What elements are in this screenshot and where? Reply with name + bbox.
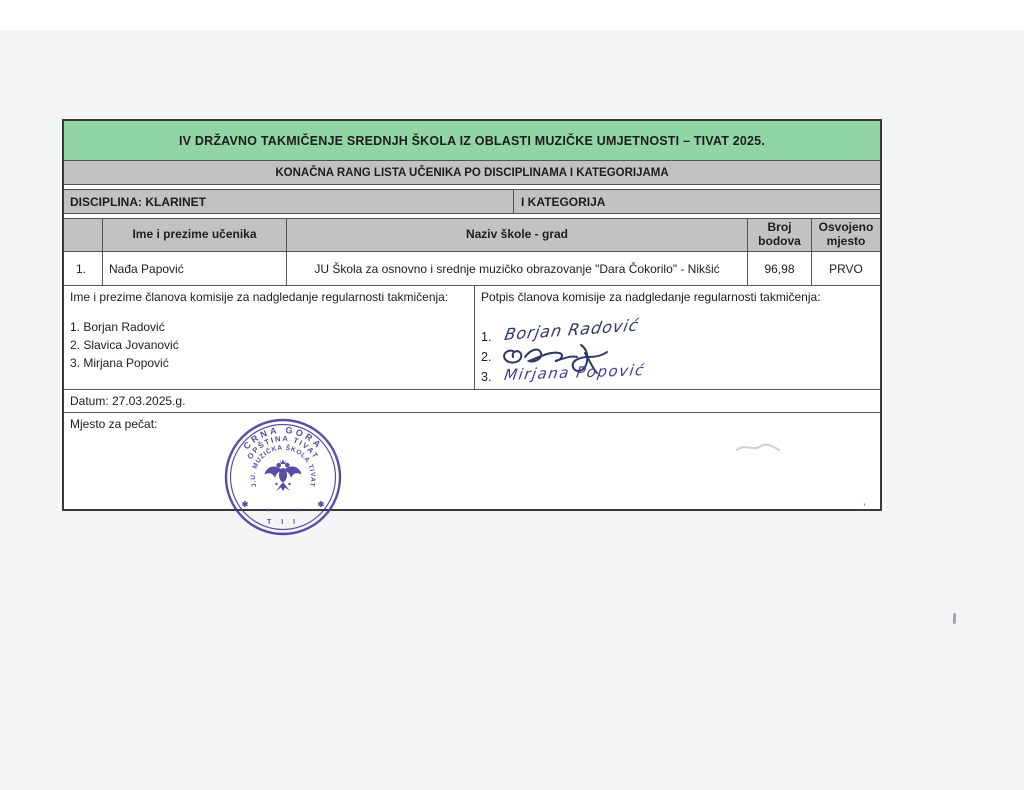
commission-names-label: Ime i prezime članova komisije za nadgle… (70, 290, 456, 305)
stamp-place-label: Mjesto za pečat: (70, 417, 157, 431)
commission-signatures-label: Potpis članova komisije za nadgledanje r… (481, 290, 874, 304)
scan-artifact-apostrophe: ’ (863, 501, 866, 515)
category-cell: I KATEGORIJA (513, 190, 880, 213)
scan-white-strip (0, 0, 1024, 30)
signature-line-3: 3. Mirjana Popović (481, 364, 649, 384)
signature-3-handwriting: Mirjana Popović (503, 361, 646, 384)
commission-member: 3. Mirjana Popović (70, 354, 468, 372)
discipline-cell: DISCIPLINA: KLARINET (64, 190, 513, 213)
commission-names-cell: Ime i prezime članova komisije za nadgle… (64, 286, 474, 389)
commission-row: Ime i prezime članova komisije za nadgle… (64, 285, 880, 389)
result-school: JU Škola za osnovno i srednje muzičko ob… (286, 252, 747, 285)
signature-number: 2. (481, 350, 497, 364)
scan-artifact-dash (953, 613, 957, 624)
column-header-rank (64, 219, 102, 251)
signature-number: 1. (481, 330, 497, 344)
column-header-place: Osvojeno mjesto (811, 219, 880, 251)
stamp-dot-left (267, 509, 270, 512)
column-header-school: Naziv škole - grad (286, 219, 747, 251)
scanned-page: IV DRŽAVNO TAKMIČENJE SREDNJH ŠKOLA IZ O… (0, 0, 1024, 790)
result-rank: 1. (64, 252, 102, 285)
commission-member: 1. Borjan Radović (70, 318, 468, 336)
signature-lines: 1. Borjan Radović 2. (481, 324, 649, 384)
table-header-row: Ime i prezime učenika Naziv škole - grad… (64, 218, 880, 251)
eagle-emblem (265, 459, 302, 491)
scan-artifact-pencil-squiggle (735, 440, 781, 456)
discipline-category-row: DISCIPLINA: KLARINET I KATEGORIJA (64, 189, 880, 213)
commission-members-list: 1. Borjan Radović 2. Slavica Jovanović 3… (70, 318, 468, 372)
stamp-dot-right (297, 509, 300, 512)
signature-number: 3. (481, 370, 497, 384)
result-place: PRVO (811, 252, 880, 285)
date-row: Datum: 27.03.2025.g. (64, 389, 880, 412)
date-label: Datum: 27.03.2025.g. (70, 394, 185, 408)
document-subtitle: KONAČNA RANG LISTA UČENIKA PO DISCIPLINA… (64, 160, 880, 184)
table-row: 1. Nađa Papović JU Škola za osnovno i sr… (64, 251, 880, 285)
result-student-name: Nađa Papović (102, 252, 286, 285)
result-points: 96,98 (747, 252, 811, 285)
stamp-bottom-marks: T I I (267, 519, 299, 526)
commission-signatures-cell: Potpis članova komisije za nadgledanje r… (474, 286, 880, 389)
stamp-star-left: ✱ (242, 500, 249, 509)
school-round-stamp: CRNA GORA OPŠTINA TIVAT J.U. MUZIČKA ŠKO… (222, 416, 344, 538)
stamp-star-right: ✱ (318, 500, 325, 509)
commission-member: 2. Slavica Jovanović (70, 336, 468, 354)
column-header-points: Broj bodova (747, 219, 811, 251)
stamp-row: Mjesto za pečat: (64, 412, 880, 509)
column-header-student-name: Ime i prezime učenika (102, 219, 286, 251)
document-title: IV DRŽAVNO TAKMIČENJE SREDNJH ŠKOLA IZ O… (64, 121, 880, 160)
